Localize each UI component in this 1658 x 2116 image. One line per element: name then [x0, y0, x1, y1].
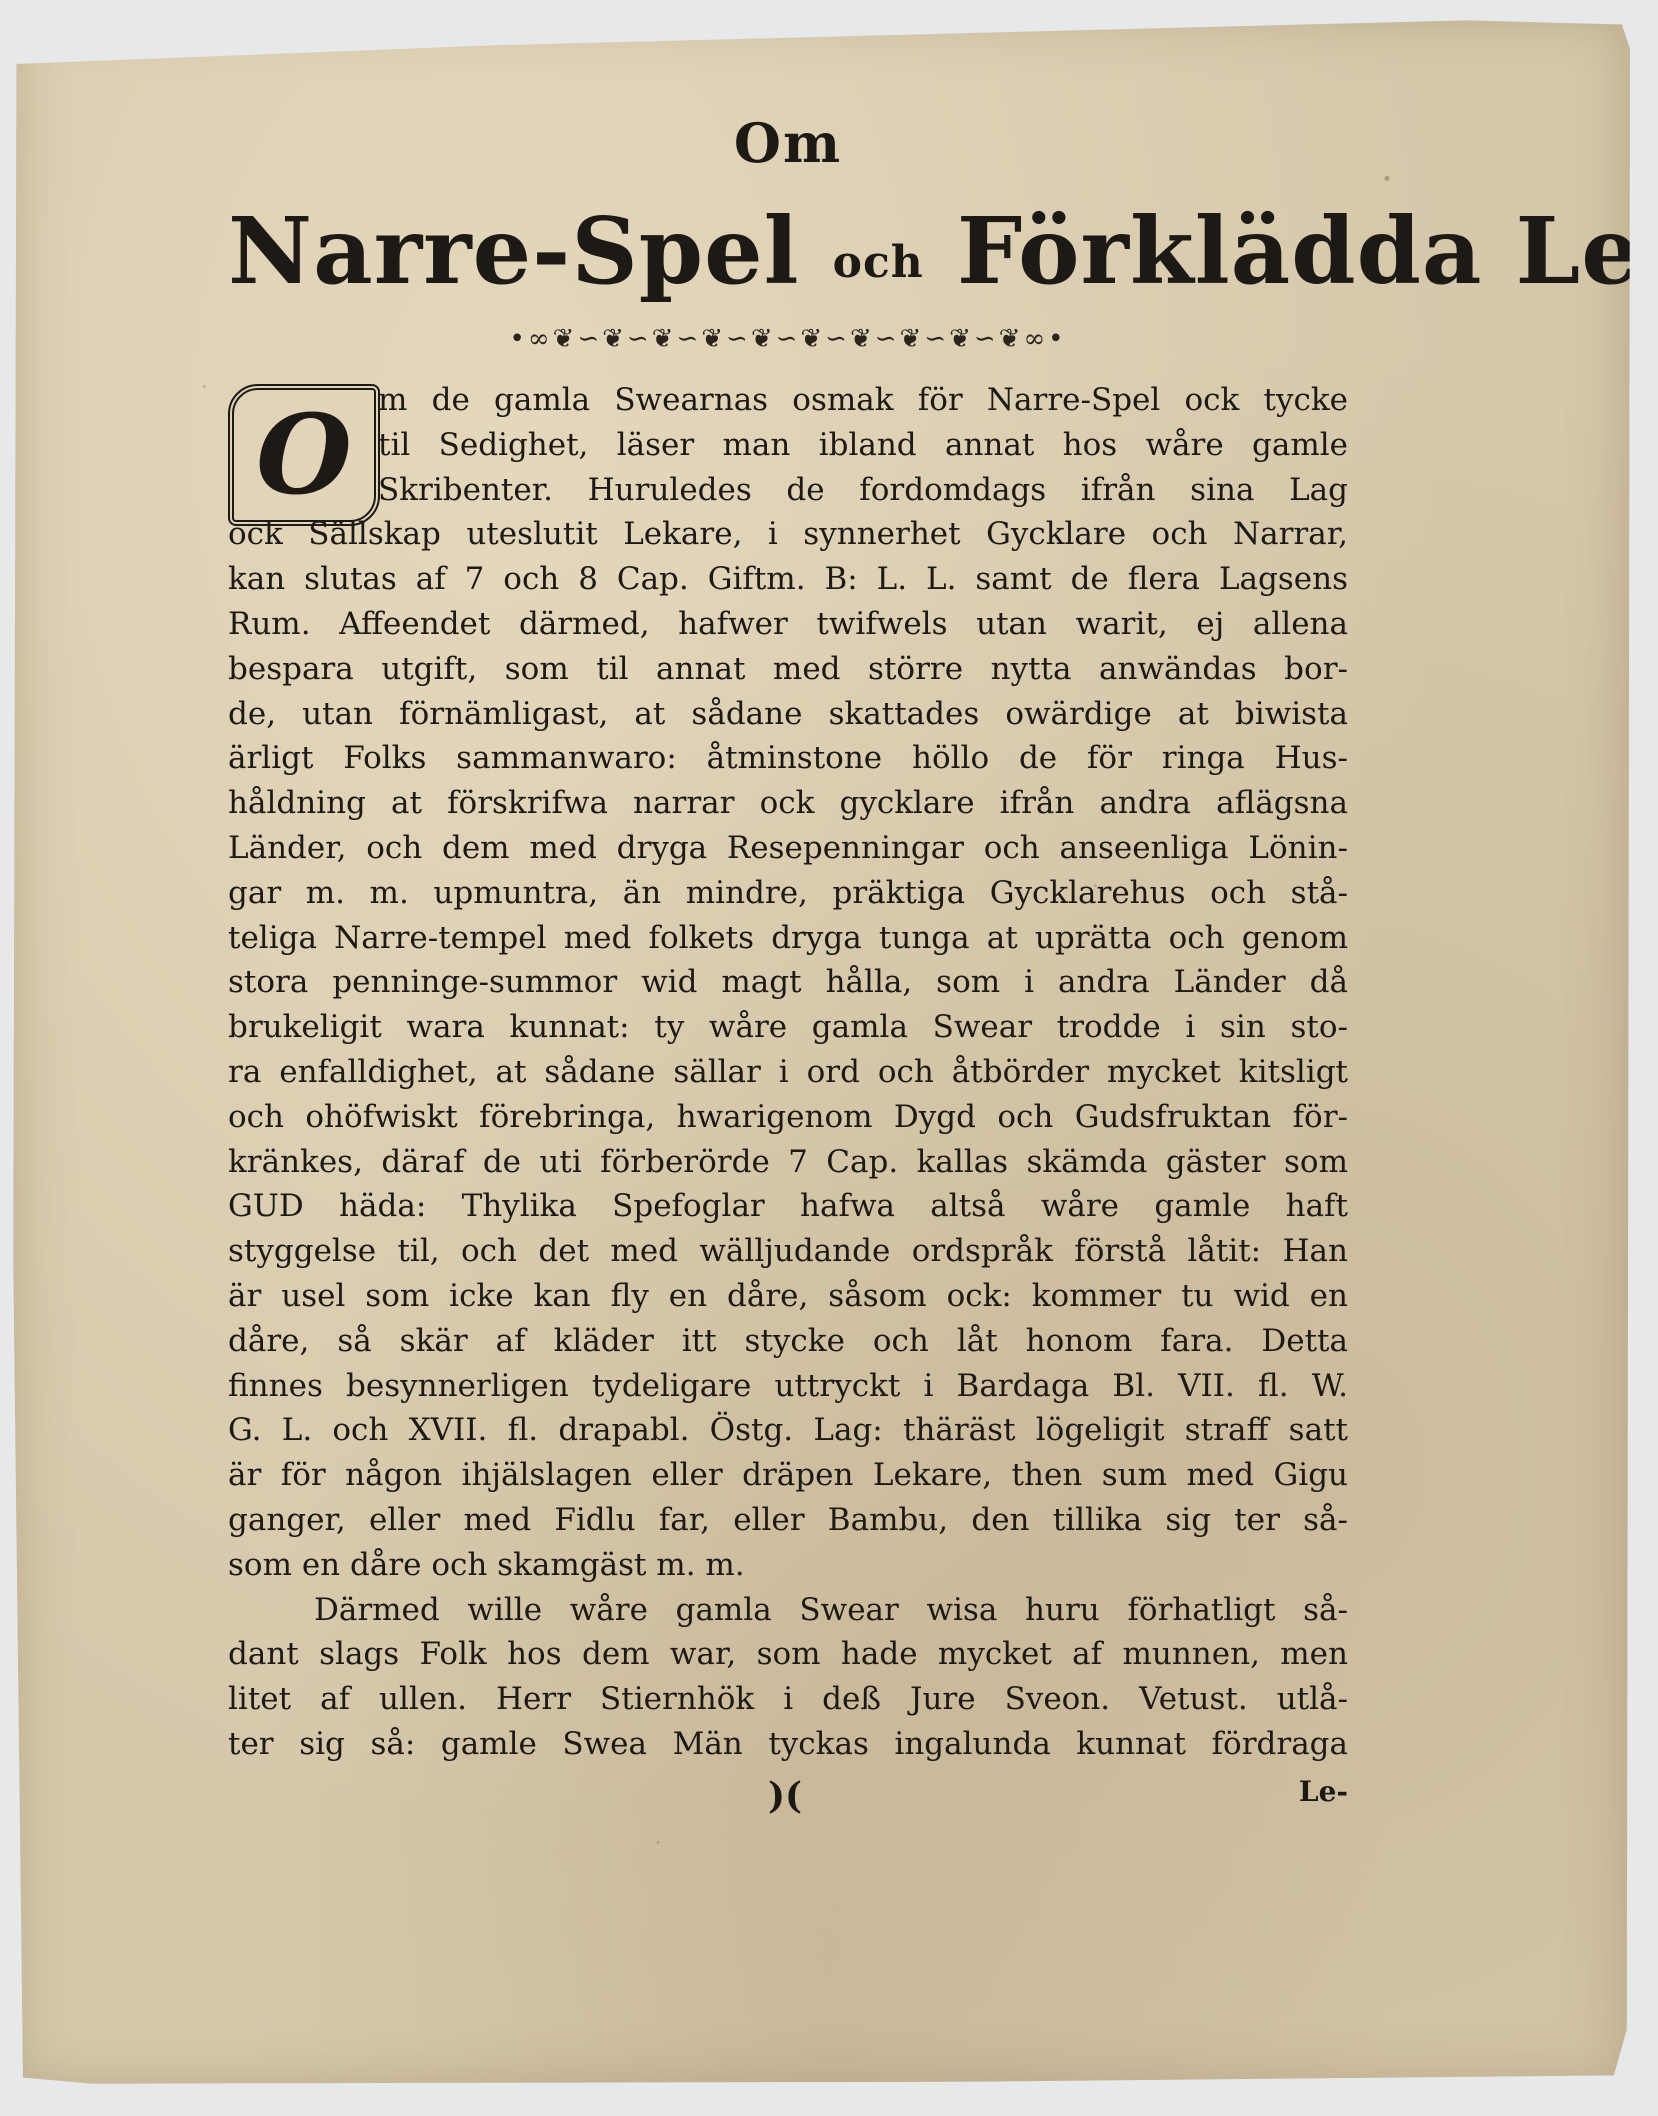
- text-line: m de gamla Swearnas osmak för Narre-Spel…: [378, 378, 1348, 423]
- text-line: ock Sällskap uteslutit Lekare, i synnerh…: [228, 512, 1348, 557]
- title-part-2: Förklädda Lekar.: [957, 197, 1658, 305]
- text-line: är usel som icke kan fly en dåre, såsom …: [228, 1274, 1348, 1319]
- document-page: Om Narre-Spel och Förklädda Lekar. •∞❦∽❦…: [10, 12, 1630, 2092]
- title-part-1: Narre-Spel: [228, 197, 800, 305]
- page-content: Om Narre-Spel och Förklädda Lekar. •∞❦∽❦…: [228, 102, 1348, 1825]
- signature-mark: )(: [768, 1775, 802, 1817]
- text-line: finnes besynnerligen tydeligare uttryckt…: [228, 1364, 1348, 1409]
- main-title: Narre-Spel och Förklädda Lekar.: [228, 196, 1348, 306]
- ornamental-rule-divider: •∞❦∽❦∽❦∽❦∽❦∽❦∽❦∽❦∽❦∽❦∞•: [228, 322, 1348, 356]
- text-line: til Sedighet, läser man ibland annat hos…: [378, 423, 1348, 468]
- text-line: bespara utgift, som til annat med större…: [228, 647, 1348, 692]
- text-line-paragraph-start: Därmed wille wåre gamla Swear wisa huru …: [228, 1588, 1348, 1633]
- text-line: dant slags Folk hos dem war, som hade my…: [228, 1632, 1348, 1677]
- text-line: gar m. m. upmuntra, än mindre, präktiga …: [228, 871, 1348, 916]
- text-line: är för någon ihjälslagen eller dräpen Le…: [228, 1453, 1348, 1498]
- body-text: O m de gamla Swearnas osmak för Narre-Sp…: [228, 378, 1348, 1767]
- text-line: stora penninge-summor wid magt hålla, so…: [228, 960, 1348, 1005]
- text-line: Länder, och dem med dryga Resepenningar …: [228, 826, 1348, 871]
- text-line: ärligt Folks sammanwaro: åtminstone höll…: [228, 736, 1348, 781]
- text-line: och ohöfwiskt förebringa, hwarigenom Dyg…: [228, 1095, 1348, 1140]
- text-line: de, utan förnämligast, at sådane skattad…: [228, 692, 1348, 737]
- text-line: GUD häda: Thylika Spefoglar hafwa altså …: [228, 1184, 1348, 1229]
- text-line: dåre, så skär af kläder itt stycke och l…: [228, 1319, 1348, 1364]
- text-line: ra enfalldighet, at sådane sällar i ord …: [228, 1050, 1348, 1095]
- decorated-initial-dropcap: O: [228, 384, 380, 526]
- heading-om: Om: [228, 108, 1348, 178]
- text-line: styggelse til, och det med wälljudande o…: [228, 1229, 1348, 1274]
- text-line: litet af ullen. Herr Stiernhök i deß Jur…: [228, 1677, 1348, 1722]
- text-line: kan slutas af 7 och 8 Cap. Giftm. B: L. …: [228, 557, 1348, 602]
- text-line: Rum. Affeendet därmed, hafwer twifwels u…: [228, 602, 1348, 647]
- text-line: ter sig så: gamle Swea Män tyckas ingalu…: [228, 1722, 1348, 1767]
- text-line: Skribenter. Huruledes de fordomdags ifrå…: [378, 468, 1348, 513]
- page-footer: )( Le-: [228, 1775, 1348, 1825]
- text-line: G. L. och XVII. fl. drapabl. Östg. Lag: …: [228, 1408, 1348, 1453]
- text-line: som en dåre och skamgäst m. m.: [228, 1543, 1348, 1588]
- catchword: Le-: [1299, 1775, 1348, 1808]
- text-line: teliga Narre-tempel med folkets dryga tu…: [228, 916, 1348, 961]
- text-line: ganger, eller med Fidlu far, eller Bambu…: [228, 1498, 1348, 1543]
- text-line: brukeligit wara kunnat: ty wåre gamla Sw…: [228, 1005, 1348, 1050]
- text-line: kränkes, däraf de uti förberörde 7 Cap. …: [228, 1140, 1348, 1185]
- text-line: håldning at förskrifwa narrar ock gyckla…: [228, 781, 1348, 826]
- title-conjunction: och: [833, 237, 924, 288]
